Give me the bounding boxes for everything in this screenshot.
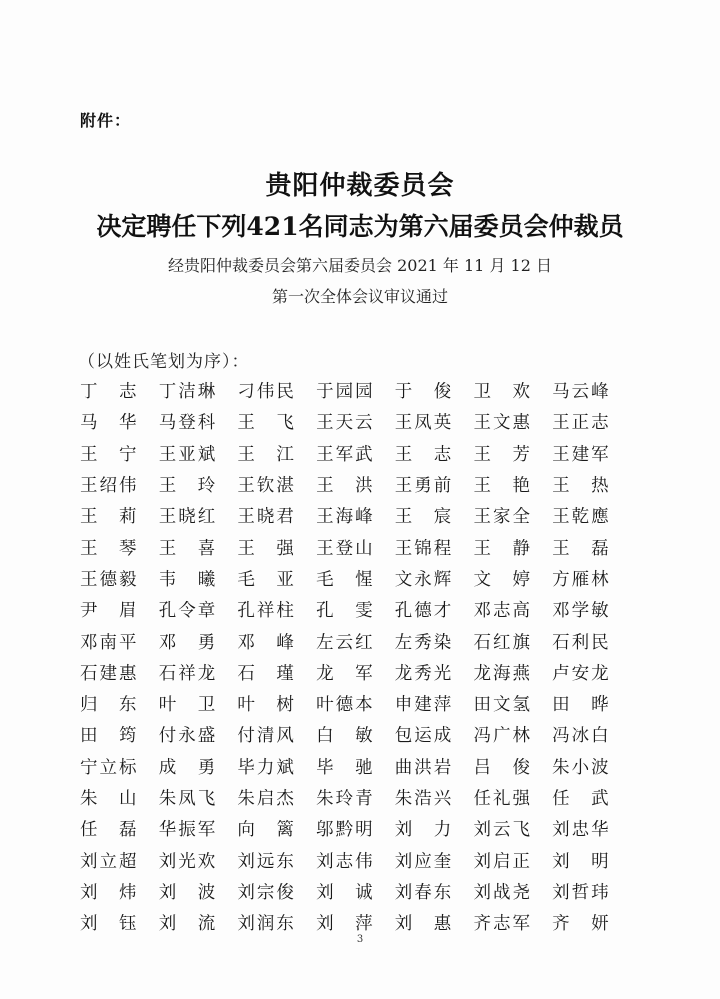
arbitrator-name: 齐志军: [473, 910, 552, 935]
arbitrator-name: 王乾應: [552, 503, 631, 528]
arbitrator-name: 王锦程: [395, 535, 474, 560]
arbitrator-name: 王晓红: [159, 503, 238, 528]
arbitrator-name: 王强: [237, 535, 316, 560]
name-row: 归东叶卫叶树叶德本申建萍田文氢田晔: [80, 688, 640, 719]
arbitrator-name: 宁立标: [80, 754, 159, 779]
arbitrator-name: 尹眉: [80, 597, 159, 622]
arbitrator-name: 朱玲青: [316, 785, 395, 810]
document-page: 附件： 贵阳仲裁委员会 决定聘任下列421名同志为第六届委员会仲裁员 经贵阳仲裁…: [0, 0, 720, 999]
arbitrator-name: 毕力斌: [237, 754, 316, 779]
name-row: 王宁王亚斌王江王军武王志王芳王建军: [80, 438, 640, 469]
arbitrator-name: 卢安龙: [552, 660, 631, 685]
arbitrator-name: 孔德才: [395, 597, 474, 622]
name-row: 宁立标成勇毕力斌毕驰曲洪岩吕俊朱小波: [80, 751, 640, 782]
name-row: 任磊华振军向篱邬黔明刘力刘云飞刘忠华: [80, 813, 640, 844]
arbitrator-name: 马华: [80, 409, 159, 434]
arbitrator-name: 白敏: [316, 722, 395, 747]
page-number: 3: [0, 934, 720, 945]
arbitrator-name: 吕俊: [473, 754, 552, 779]
arbitrator-name: 石利民: [552, 629, 631, 654]
arbitrator-name: 刘启正: [473, 848, 552, 873]
arbitrator-name: 石瑾: [237, 660, 316, 685]
arbitrator-name: 刘钰: [80, 910, 159, 935]
ordering-note: （以姓氏笔划为序）：: [78, 347, 250, 372]
arbitrator-name: 左云红: [316, 629, 395, 654]
arbitrator-name: 王家全: [473, 503, 552, 528]
arbitrator-name: 王静: [473, 535, 552, 560]
arbitrator-name: 刘萍: [316, 910, 395, 935]
name-row: 刘立超刘光欢刘远东刘志伟刘应奎刘启正刘明: [80, 844, 640, 875]
arbitrator-name: 邓学敏: [552, 597, 631, 622]
arbitrator-name: 孔雯: [316, 597, 395, 622]
arbitrator-name: 刘波: [159, 879, 238, 904]
arbitrator-name: 刘惠: [395, 910, 474, 935]
arbitrator-name: 王磊: [552, 535, 631, 560]
arbitrator-name: 方雁林: [552, 566, 631, 591]
name-row: 尹眉孔令章孔祥柱孔雯孔德才邓志高邓学敏: [80, 594, 640, 625]
name-row: 王绍伟王玲王钦湛王洪王勇前王艳王热: [80, 469, 640, 500]
arbitrator-name: 田晔: [552, 691, 631, 716]
name-row: 王德毅韦曦毛亚毛惺文永辉文婷方雁林: [80, 563, 640, 594]
arbitrator-name: 王洪: [316, 472, 395, 497]
arbitrator-name: 朱浩兴: [395, 785, 474, 810]
approval-note-line1: 经贵阳仲裁委员会第六届委员会 2021 年 11 月 12 日: [0, 253, 720, 276]
arbitrator-name: 王绍伟: [80, 472, 159, 497]
arbitrator-name: 刘诚: [316, 879, 395, 904]
arbitrator-name: 石建惠: [80, 660, 159, 685]
arbitrator-name: 王喜: [159, 535, 238, 560]
arbitrator-name: 付永盛: [159, 722, 238, 747]
arbitrator-name: 马云峰: [552, 378, 631, 403]
arbitrator-name: 王芳: [473, 441, 552, 466]
arbitrator-name: 王凤英: [395, 409, 474, 434]
arbitrator-name: 文婷: [473, 566, 552, 591]
arbitrator-name: 王飞: [237, 409, 316, 434]
arbitrator-name: 邓勇: [159, 629, 238, 654]
arbitrator-name: 成勇: [159, 754, 238, 779]
arbitrator-name: 左秀染: [395, 629, 474, 654]
attachment-label: 附件：: [80, 108, 131, 131]
name-row: 石建惠石祥龙石瑾龙军龙秀光龙海燕卢安龙: [80, 657, 640, 688]
arbitrator-name: 王德毅: [80, 566, 159, 591]
arbitrator-name: 毛亚: [237, 566, 316, 591]
arbitrator-name: 邓南平: [80, 629, 159, 654]
arbitrator-name: 田文氢: [473, 691, 552, 716]
arbitrator-name: 任武: [552, 785, 631, 810]
arbitrator-name: 刘宗俊: [237, 879, 316, 904]
name-row: 刘炜刘波刘宗俊刘诚刘春东刘战尧刘哲玮: [80, 876, 640, 907]
document-subtitle-heading: 决定聘任下列421名同志为第六届委员会仲裁员: [0, 207, 720, 243]
arbitrator-name: 韦曦: [159, 566, 238, 591]
arbitrator-name: 朱启杰: [237, 785, 316, 810]
arbitrator-name: 龙秀光: [395, 660, 474, 685]
arbitrator-name: 王登山: [316, 535, 395, 560]
arbitrator-name: 王玲: [159, 472, 238, 497]
arbitrator-name: 刘哲玮: [552, 879, 631, 904]
name-row: 朱山朱凤飞朱启杰朱玲青朱浩兴任礼强任武: [80, 782, 640, 813]
arbitrator-name: 王宸: [395, 503, 474, 528]
arbitrator-name: 王志: [395, 441, 474, 466]
arbitrator-name: 王勇前: [395, 472, 474, 497]
arbitrator-name: 邓志高: [473, 597, 552, 622]
arbitrator-name: 龙海燕: [473, 660, 552, 685]
arbitrator-name: 王晓君: [237, 503, 316, 528]
arbitrator-name: 丁志: [80, 378, 159, 403]
arbitrator-name: 邓峰: [237, 629, 316, 654]
arbitrator-name: 刁伟民: [237, 378, 316, 403]
arbitrator-name: 归东: [80, 691, 159, 716]
arbitrator-name-list: 丁志丁洁琳刁伟民于园园于俊卫欢马云峰马华马登科王飞王天云王凤英王文惠王正志王宁王…: [80, 375, 640, 938]
name-row: 田筠付永盛付清风白敏包运成冯广林冯冰白: [80, 719, 640, 750]
arbitrator-name: 冯冰白: [552, 722, 631, 747]
arbitrator-name: 刘力: [395, 816, 474, 841]
arbitrator-name: 刘忠华: [552, 816, 631, 841]
name-row: 王莉王晓红王晓君王海峰王宸王家全王乾應: [80, 500, 640, 531]
arbitrator-name: 刘立超: [80, 848, 159, 873]
arbitrator-name: 王琴: [80, 535, 159, 560]
arbitrator-name: 朱山: [80, 785, 159, 810]
arbitrator-name: 叶树: [237, 691, 316, 716]
arbitrator-name: 王江: [237, 441, 316, 466]
arbitrator-name: 丁洁琳: [159, 378, 238, 403]
arbitrator-name: 冯广林: [473, 722, 552, 747]
arbitrator-name: 王文惠: [473, 409, 552, 434]
document-title: 贵阳仲裁委员会: [0, 165, 720, 202]
name-row: 丁志丁洁琳刁伟民于园园于俊卫欢马云峰: [80, 375, 640, 406]
arbitrator-name: 田筠: [80, 722, 159, 747]
approval-note-line2: 第一次全体会议审议通过: [0, 284, 720, 307]
arbitrator-name: 曲洪岩: [395, 754, 474, 779]
arbitrator-name: 卫欢: [473, 378, 552, 403]
arbitrator-name: 孔祥柱: [237, 597, 316, 622]
arbitrator-name: 刘春东: [395, 879, 474, 904]
arbitrator-name: 毛惺: [316, 566, 395, 591]
arbitrator-name: 石祥龙: [159, 660, 238, 685]
arbitrator-name: 朱凤飞: [159, 785, 238, 810]
arbitrator-name: 刘云飞: [473, 816, 552, 841]
arbitrator-name: 邬黔明: [316, 816, 395, 841]
arbitrator-name: 石红旗: [473, 629, 552, 654]
arbitrator-name: 刘应奎: [395, 848, 474, 873]
arbitrator-name: 任磊: [80, 816, 159, 841]
arbitrator-name: 文永辉: [395, 566, 474, 591]
arbitrator-name: 王宁: [80, 441, 159, 466]
arbitrator-name: 龙军: [316, 660, 395, 685]
name-row: 马华马登科王飞王天云王凤英王文惠王正志: [80, 406, 640, 437]
arbitrator-name: 华振军: [159, 816, 238, 841]
arbitrator-name: 王正志: [552, 409, 631, 434]
arbitrator-name: 付清风: [237, 722, 316, 747]
arbitrator-name: 于园园: [316, 378, 395, 403]
arbitrator-name: 刘光欢: [159, 848, 238, 873]
arbitrator-name: 向篱: [237, 816, 316, 841]
arbitrator-name: 王军武: [316, 441, 395, 466]
arbitrator-name: 王亚斌: [159, 441, 238, 466]
arbitrator-name: 马登科: [159, 409, 238, 434]
arbitrator-name: 王莉: [80, 503, 159, 528]
arbitrator-name: 王海峰: [316, 503, 395, 528]
arbitrator-name: 王天云: [316, 409, 395, 434]
arbitrator-name: 于俊: [395, 378, 474, 403]
arbitrator-name: 朱小波: [552, 754, 631, 779]
name-row: 王琴王喜王强王登山王锦程王静王磊: [80, 531, 640, 562]
arbitrator-name: 齐妍: [552, 910, 631, 935]
arbitrator-name: 刘远东: [237, 848, 316, 873]
arbitrator-name: 刘流: [159, 910, 238, 935]
arbitrator-name: 毕驰: [316, 754, 395, 779]
name-row: 邓南平邓勇邓峰左云红左秀染石红旗石利民: [80, 625, 640, 656]
arbitrator-name: 任礼强: [473, 785, 552, 810]
arbitrator-name: 刘战尧: [473, 879, 552, 904]
arbitrator-name: 王建军: [552, 441, 631, 466]
arbitrator-name: 包运成: [395, 722, 474, 747]
arbitrator-name: 王热: [552, 472, 631, 497]
arbitrator-name: 孔令章: [159, 597, 238, 622]
arbitrator-name: 王钦湛: [237, 472, 316, 497]
arbitrator-name: 王艳: [473, 472, 552, 497]
arbitrator-name: 申建萍: [395, 691, 474, 716]
arbitrator-name: 刘润东: [237, 910, 316, 935]
arbitrator-name: 叶卫: [159, 691, 238, 716]
arbitrator-name: 刘志伟: [316, 848, 395, 873]
arbitrator-name: 叶德本: [316, 691, 395, 716]
arbitrator-name: 刘明: [552, 848, 631, 873]
arbitrator-name: 刘炜: [80, 879, 159, 904]
